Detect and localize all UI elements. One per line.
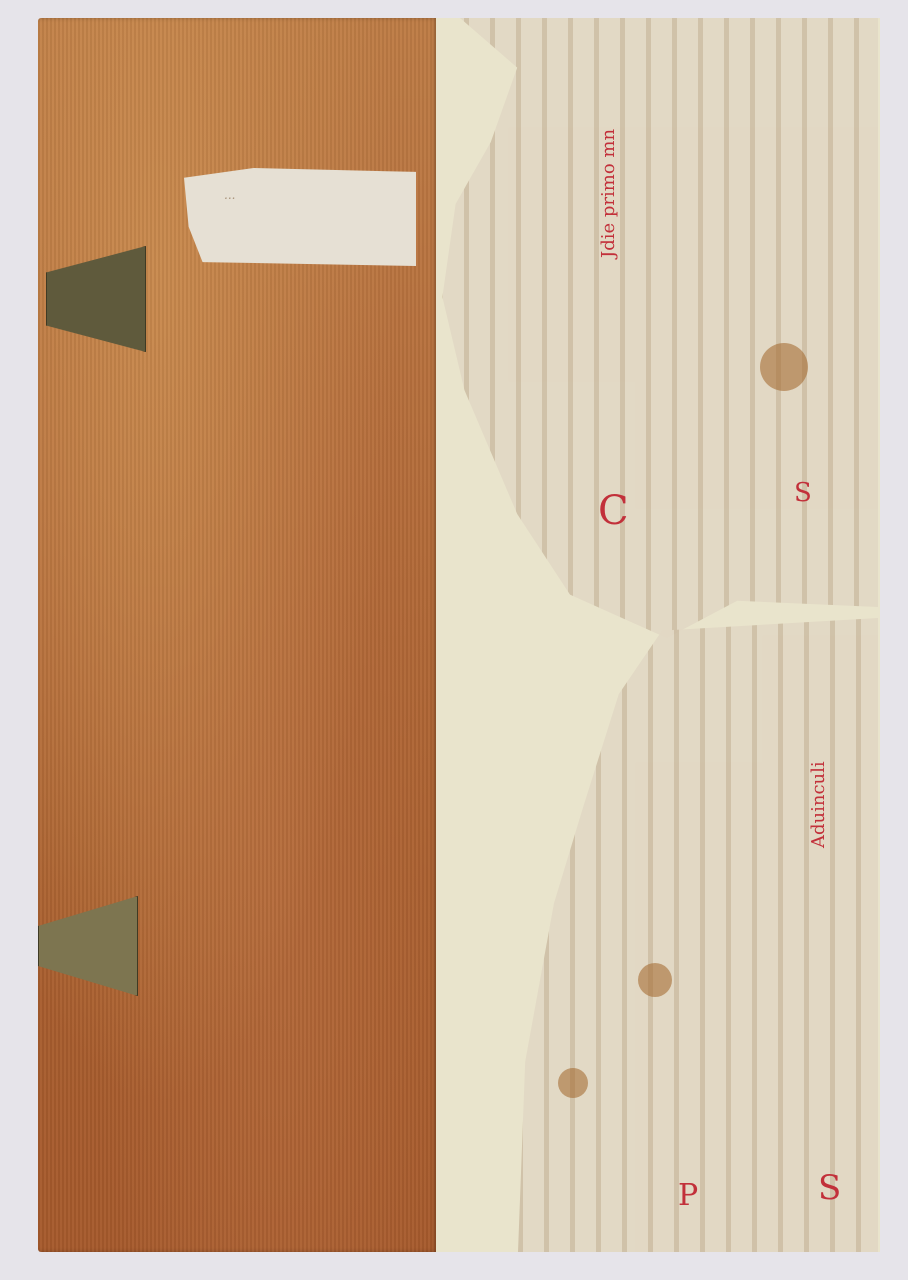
stain	[760, 343, 808, 391]
rubric-heading: Jdie primo mn	[598, 129, 619, 258]
rubric-initial: S	[818, 1168, 841, 1208]
rubric-initial: P	[678, 1178, 698, 1213]
rubric-heading: Aduinculi	[808, 761, 829, 848]
stain	[558, 1068, 588, 1098]
rubric-initial: C	[598, 488, 629, 534]
book-board: ... Jdie primo mn C S Aduinculi P S	[38, 18, 880, 1252]
label-text: ...	[224, 188, 235, 202]
rubric-initial: S	[794, 478, 812, 508]
stain	[638, 963, 672, 997]
paper-label: ...	[184, 168, 416, 266]
